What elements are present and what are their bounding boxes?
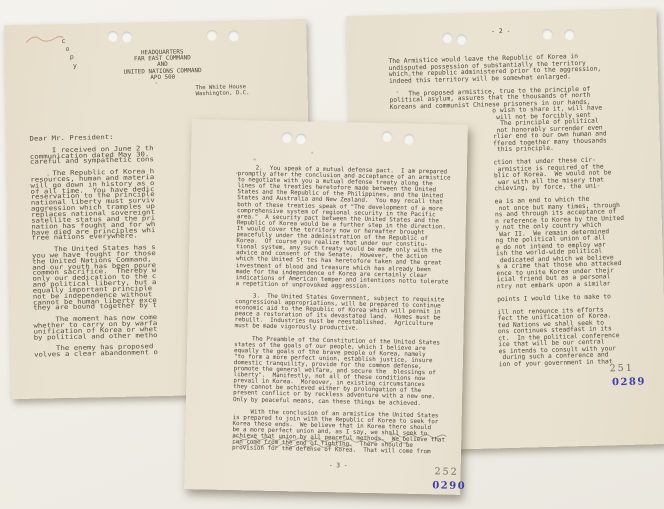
paper-speck	[155, 82, 157, 84]
letterhead: HEADQUARTERS FAR EAST COMMAND AND UNITED…	[95, 48, 231, 82]
punch-hole	[121, 32, 132, 43]
punch-hole	[381, 131, 392, 142]
punch-hole	[564, 29, 575, 40]
copy-stamp-letter: c	[61, 37, 65, 45]
copy-stamp-letter: o	[66, 45, 70, 53]
punch-hole	[403, 134, 414, 145]
paper-speck	[396, 91, 398, 93]
copy-stamp-letter: p	[70, 53, 74, 61]
paper-speck	[47, 174, 49, 176]
page-number: - 2 -	[471, 26, 531, 36]
copy-stamp-letter: y	[73, 62, 77, 70]
punch-hole	[295, 133, 306, 144]
punch-hole	[206, 30, 217, 41]
page-number: - 3 -	[232, 460, 445, 471]
page-center-letter: 2. You speak of a mutual defense pact. I…	[184, 119, 468, 495]
punch-hole	[281, 132, 292, 143]
punch-hole	[442, 32, 453, 43]
archive-serial-stamp: 0290	[432, 480, 466, 492]
punch-hole	[107, 31, 118, 42]
paper-speck	[253, 158, 256, 160]
archive-number-stamp: 251	[610, 363, 634, 375]
archive-number-stamp: 252	[434, 466, 458, 478]
paper-speck	[236, 172, 238, 174]
letter-body-page1: Dear Mr. President: I received on June 2…	[29, 134, 158, 359]
paper-speck	[408, 74, 411, 76]
archive-serial-stamp: 0289	[612, 376, 646, 388]
document-scan-background: c o p y HEADQUARTERS FAR EAST COMMAND AN…	[0, 0, 664, 509]
punch-hole	[228, 30, 239, 41]
punch-hole	[456, 34, 467, 45]
paper-speck	[311, 152, 313, 154]
letter-body-page3: 2. You speak of a mutual defense pact. I…	[232, 165, 451, 456]
recipient-address: The White House Washington, D.C.	[195, 84, 249, 98]
punch-hole	[542, 29, 553, 40]
